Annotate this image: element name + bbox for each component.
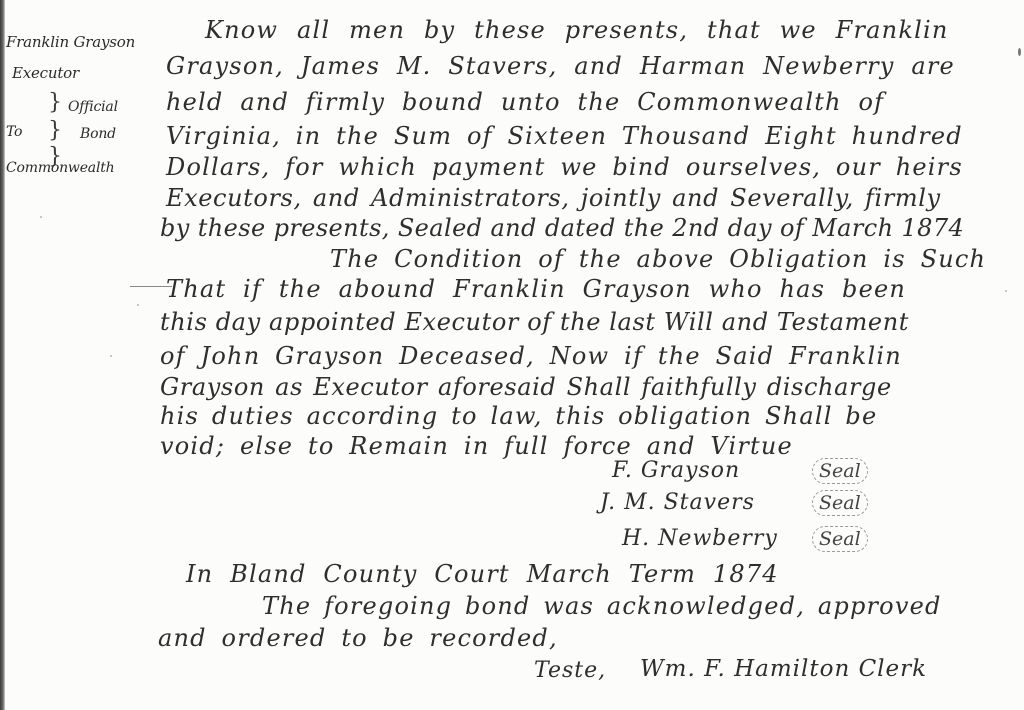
body-line: Dollars, for which payment we bind ourse…	[166, 153, 963, 181]
body-line: That if the abound Franklin Grayson who …	[166, 275, 906, 303]
body-line: of John Grayson Deceased, Now if the Sai…	[160, 342, 902, 370]
paper-speck	[1018, 48, 1021, 56]
signature-stavers: J. M. Stavers	[600, 490, 755, 515]
signature-grayson: F. Grayson	[612, 458, 740, 483]
court-line: In Bland County Court March Term 1874	[186, 560, 779, 588]
body-line: void; else to Remain in full force and V…	[160, 432, 793, 460]
seal-grayson: Seal	[812, 458, 868, 484]
body-line: Executors, and Administrators, jointly a…	[166, 184, 941, 212]
seal-stavers: Seal	[812, 490, 868, 516]
paper-speck	[137, 304, 139, 306]
body-line: The Condition of the above Obligation is…	[330, 245, 986, 273]
body-line: this day appointed Executor of the last …	[160, 308, 909, 336]
body-line: Grayson as Executor aforesaid Shall fait…	[160, 373, 892, 401]
paper-speck	[40, 216, 42, 218]
paper-speck	[110, 355, 112, 357]
signature-newberry: H. Newberry	[622, 526, 778, 551]
body-line: Virginia, in the Sum of Sixteen Thousand…	[166, 122, 963, 150]
clerk-signature: Wm. F. Hamilton Clerk	[640, 656, 927, 682]
court-line: The foregoing bond was acknowledged, app…	[262, 592, 942, 620]
document-page: Franklin Grayson Executor } Official To …	[0, 0, 1024, 710]
court-line: and ordered to be recorded,	[158, 624, 558, 652]
teste-label: Teste,	[534, 658, 606, 683]
body-line: held and firmly bound unto the Commonwea…	[166, 88, 884, 116]
body-line: his duties according to law, this obliga…	[160, 402, 877, 430]
paper-speck	[1005, 290, 1007, 292]
body-line: Know all men by these presents, that we …	[205, 16, 948, 44]
body-line: by these presents, Sealed and dated the …	[160, 214, 964, 242]
body-line: Grayson, James M. Stavers, and Harman Ne…	[166, 52, 955, 80]
seal-newberry: Seal	[812, 526, 868, 552]
